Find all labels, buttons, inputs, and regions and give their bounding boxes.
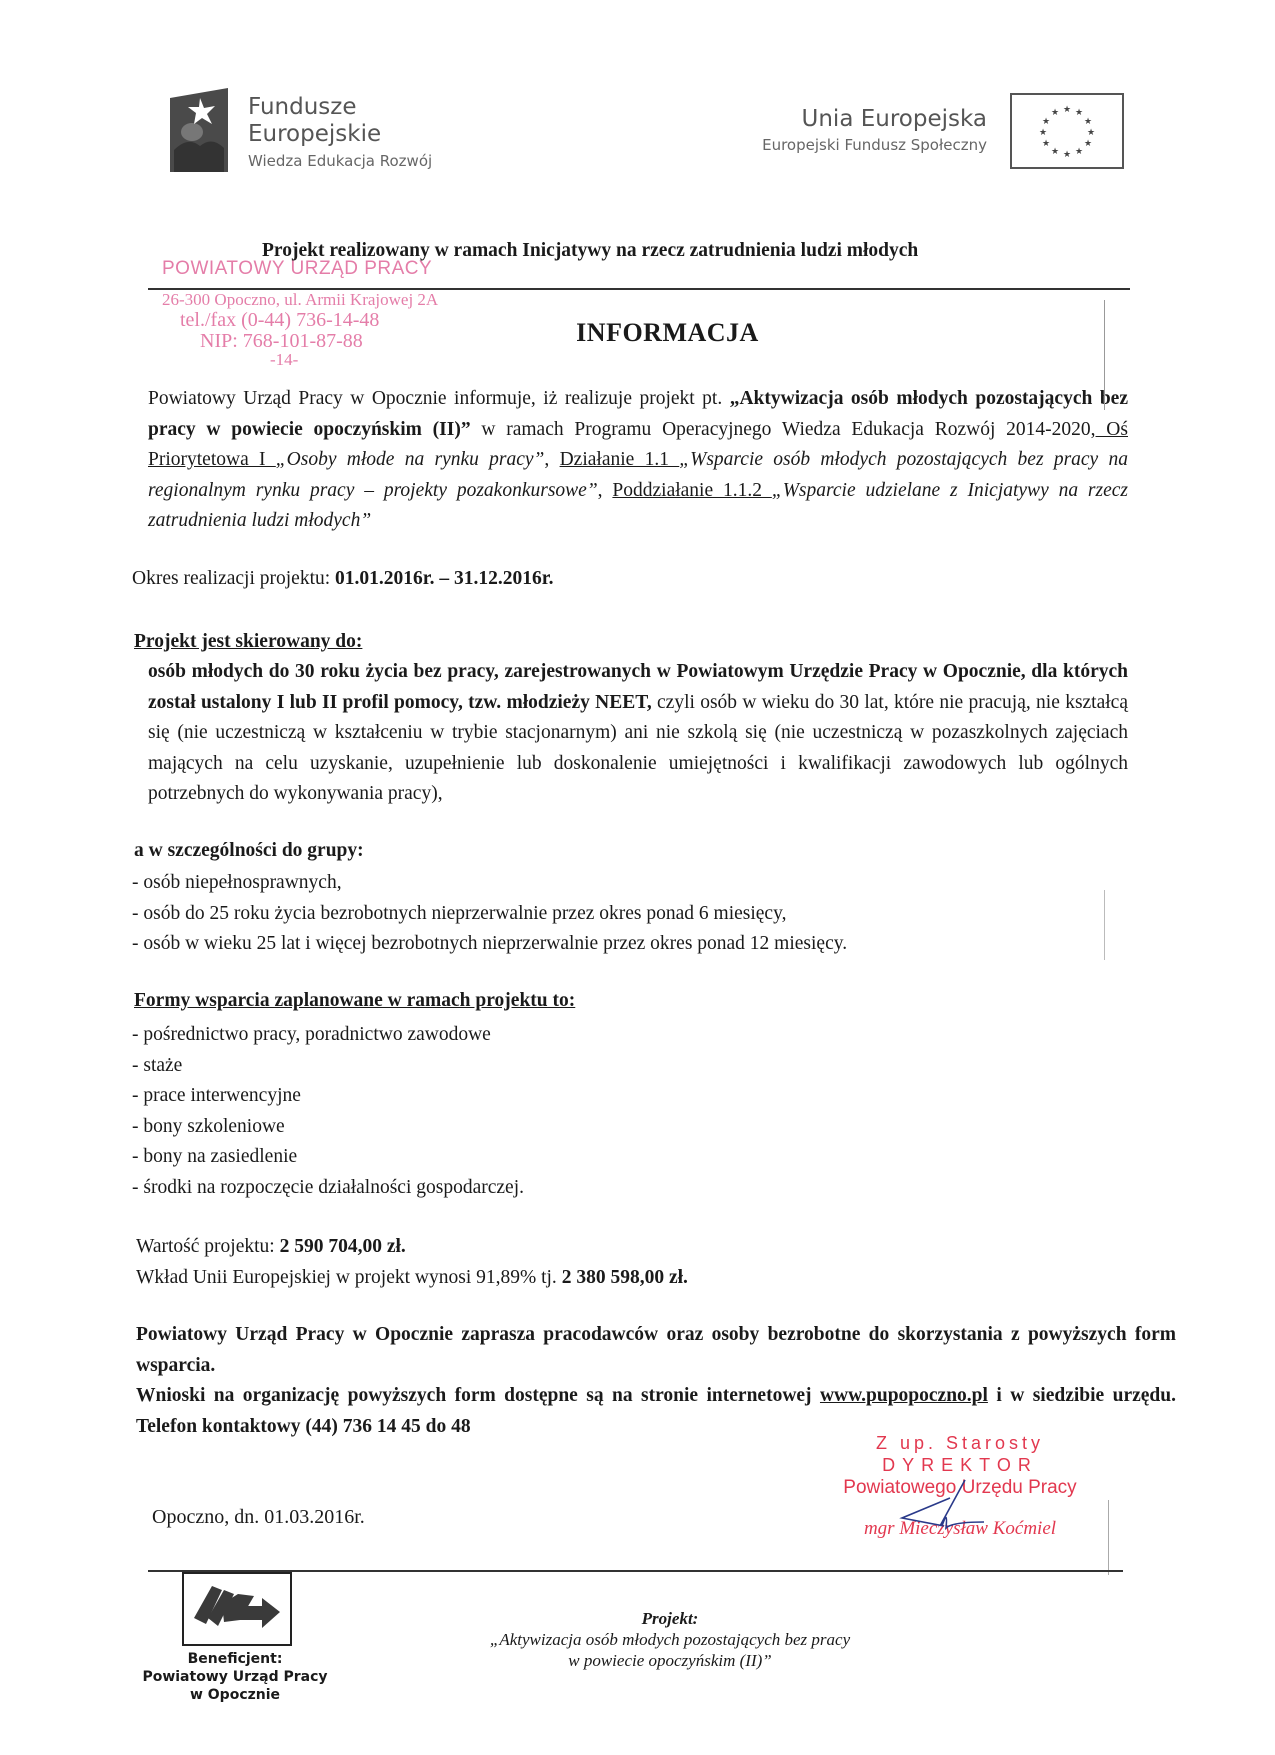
project-value: Wartość projektu: 2 590 704,00 zł. Wkład… (136, 1232, 688, 1293)
fe-line3: Wiedza Edukacja Rozwój (248, 150, 432, 172)
svg-text:★: ★ (1039, 128, 1047, 138)
svg-text:★: ★ (1051, 147, 1059, 157)
ue-title: Unia Europejska (762, 104, 987, 134)
action-label: Działanie 1.1 (560, 449, 680, 470)
target-heading: Projekt jest skierowany do: (134, 631, 362, 653)
svg-text:★: ★ (1042, 117, 1050, 127)
svg-text:★: ★ (1087, 128, 1095, 138)
ue-subtitle: Europejski Fundusz Społeczny (762, 134, 987, 156)
svg-text:★: ★ (1063, 150, 1071, 160)
project-period: Okres realizacji projektu: 01.01.2016r. … (132, 568, 554, 590)
intro-text-1: Powiatowy Urząd Pracy w Opocznie informu… (148, 388, 730, 409)
beneficiary-text: Beneficjent: Powiatowy Urząd Pracy w Opo… (130, 1650, 340, 1704)
invite-line2-text: Wnioski na organizację powyższych form d… (136, 1385, 820, 1406)
svg-text:★: ★ (1042, 139, 1050, 149)
forms-list: - pośrednictwo pracy, poradnictwo zawodo… (132, 1020, 524, 1203)
beneficiary-label: Beneficjent: (130, 1650, 340, 1668)
intro-paragraph: Powiatowy Urząd Pracy w Opocznie informu… (148, 384, 1128, 537)
document-date: Opoczno, dn. 01.03.2016r. (152, 1506, 365, 1529)
list-item: - staże (132, 1051, 524, 1082)
value-label: Wartość projektu: (136, 1236, 280, 1257)
list-item: - osób niepełnosprawnych, (132, 868, 847, 899)
footer-project-label: Projekt: (420, 1608, 920, 1629)
target-paragraph: osób młodych do 30 roku życia bez pracy,… (148, 657, 1128, 810)
footer-project-line2: w powiecie opoczyńskim (II)” (420, 1650, 920, 1671)
beneficiary-name-1: Powiatowy Urząd Pracy (130, 1668, 340, 1686)
svg-text:★: ★ (1063, 105, 1071, 115)
fe-line2: Europejskie (248, 121, 432, 148)
groups-list: - osób niepełnosprawnych, - osób do 25 r… (132, 868, 847, 960)
title-text: INFORMACJA (576, 318, 759, 348)
svg-text:★: ★ (1075, 108, 1083, 118)
beneficiary-name-2: w Opocznie (130, 1686, 340, 1704)
list-item: - prace interwencyjne (132, 1081, 524, 1112)
fe-line1: Fundusze (248, 94, 432, 121)
invitation-paragraph: Powiatowy Urząd Pracy w Opocznie zaprasz… (136, 1320, 1176, 1442)
svg-text:★: ★ (1051, 108, 1059, 118)
list-item: - osób w wieku 25 lat i więcej bezrobotn… (132, 929, 847, 960)
footer-divider (148, 1570, 1123, 1572)
unia-europejska-logo-text: Unia Europejska Europejski Fundusz Społe… (762, 104, 987, 156)
eu-contribution-label: Wkład Unii Europejskiej w projekt wynosi… (136, 1267, 562, 1288)
beneficiary-arrows-logo-icon (182, 1572, 292, 1646)
list-item: - bony szkoleniowe (132, 1112, 524, 1143)
signature-line1: Z up. Starosty (800, 1432, 1120, 1454)
office-stamp-line2: 26-300 Opoczno, ul. Armii Krajowej 2A (162, 290, 438, 310)
groups-heading: a w szczególności do grupy: (134, 840, 364, 862)
office-stamp-line1: POWIATOWY URZĄD PRACY (162, 258, 432, 280)
list-item: - pośrednictwo pracy, poradnictwo zawodo… (132, 1020, 524, 1051)
website-link[interactable]: www.pupopoczno.pl (820, 1385, 988, 1406)
list-item: - środki na rozpoczęcie działalności gos… (132, 1173, 524, 1204)
list-item: - bony na zasiedlenie (132, 1142, 524, 1173)
period-value: 01.01.2016r. – 31.12.2016r. (335, 568, 553, 589)
subaction-label: Poddziałanie 1.1.2 (612, 480, 771, 501)
page-title: INFORMACJA (0, 318, 1275, 348)
fundusze-europejskie-logo-icon (170, 88, 228, 172)
intro-text-4: , (598, 480, 613, 501)
value-line: Wartość projektu: 2 590 704,00 zł. (136, 1232, 688, 1263)
handwritten-signature-icon (890, 1478, 1000, 1538)
list-item: - osób do 25 roku życia bezrobotnych nie… (132, 899, 847, 930)
svg-text:★: ★ (1084, 139, 1092, 149)
intro-text-3: , (544, 449, 559, 470)
footer-project: Projekt: „Aktywizacja osób młodych pozos… (420, 1608, 920, 1671)
eu-contribution-line: Wkład Unii Europejskiej w projekt wynosi… (136, 1263, 688, 1294)
eu-flag-icon: ★★★ ★★★ ★★★ ★★★ (1010, 93, 1124, 169)
intro-text-2: w ramach Programu Operacyjnego Wiedza Ed… (471, 419, 1096, 440)
margin-line (1104, 890, 1105, 960)
margin-line (1104, 300, 1105, 410)
signature-line2: DYREKTOR (800, 1454, 1120, 1476)
axis-name: „Osoby młode na rynku pracy” (276, 449, 545, 470)
office-stamp-line5: -14- (270, 350, 298, 370)
svg-text:★: ★ (1084, 117, 1092, 127)
svg-text:★: ★ (1075, 147, 1083, 157)
footer-project-line1: „Aktywizacja osób młodych pozostających … (420, 1629, 920, 1650)
invite-line1: Powiatowy Urząd Pracy w Opocznie zaprasz… (136, 1320, 1176, 1381)
eu-contribution-amount: 2 380 598,00 zł. (562, 1267, 688, 1288)
value-amount: 2 590 704,00 zł. (280, 1236, 406, 1257)
margin-line (1108, 1500, 1109, 1575)
forms-heading: Formy wsparcia zaplanowane w ramach proj… (134, 990, 575, 1012)
period-label: Okres realizacji projektu: (132, 568, 335, 589)
fundusze-europejskie-logo-text: Fundusze Europejskie Wiedza Edukacja Roz… (248, 94, 432, 172)
